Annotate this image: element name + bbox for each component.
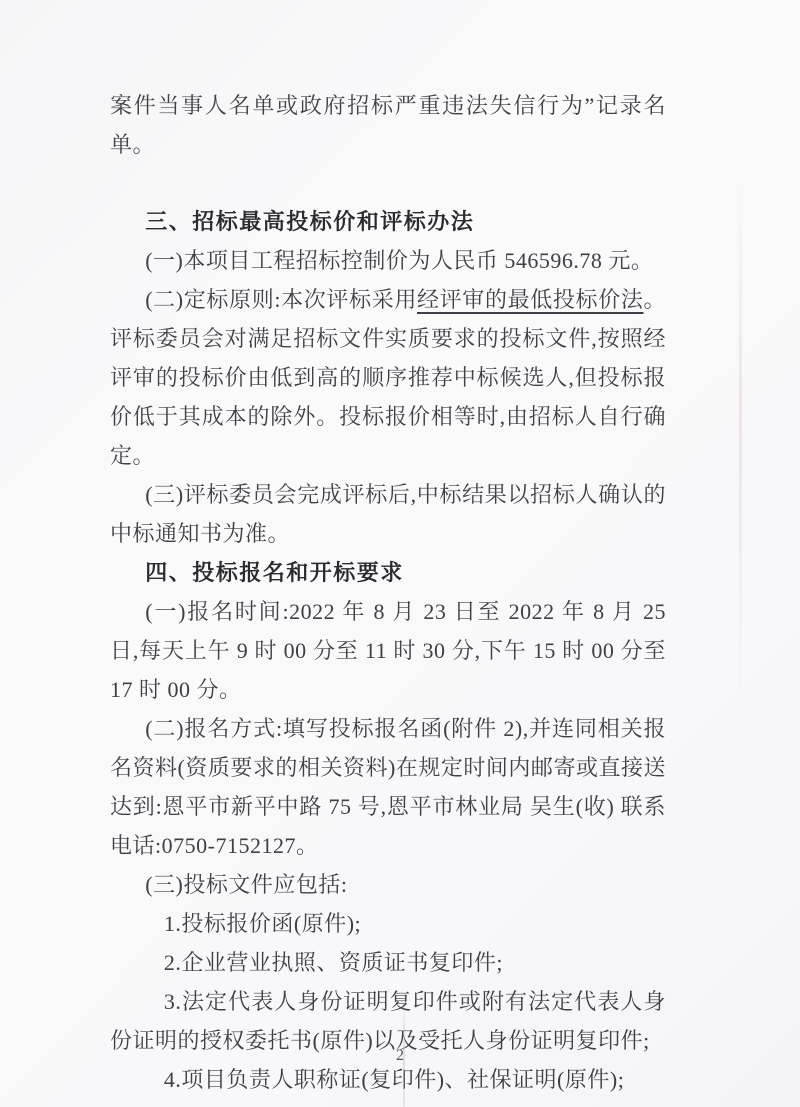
section-3-paragraph-2: (二)定标原则:本次评标采用经评审的最低投标价法。评标委员会对满足招标文件实质要… xyxy=(110,280,666,475)
section-4-paragraph-2: (二)报名方式:填写投标报名函(附件 2),并连同相关报名资料(资质要求的相关资… xyxy=(110,709,666,865)
section-4-paragraph-1: (一)报名时间:2022 年 8 月 23 日至 2022 年 8 月 25 日… xyxy=(110,592,666,709)
section-3-paragraph-1: (一)本项目工程招标控制价为人民币 546596.78 元。 xyxy=(110,241,666,280)
page-number: 2 xyxy=(0,1047,800,1065)
bid-document-item-4: 4.项目负责人职称证(复印件)、社保证明(原件); xyxy=(110,1060,666,1099)
bid-document-item-2: 2.企业营业执照、资质证书复印件; xyxy=(110,943,666,982)
section-4-heading: 四、投标报名和开标要求 xyxy=(110,553,666,592)
evaluation-method-underlined-text: 经评审的最低投标价法 xyxy=(417,287,643,312)
evaluation-principle-suffix: 。评标委员会对满足招标文件实质要求的投标文件,按照经评审的投标价由低到高的顺序推… xyxy=(110,287,666,468)
section-3-paragraph-3: (三)评标委员会完成评标后,中标结果以招标人确认的中标通知书为准。 xyxy=(110,475,666,553)
page-content: 案件当事人名单或政府招标严重违法失信行为”记录名单。 三、招标最高投标价和评标办… xyxy=(110,86,666,1099)
evaluation-principle-prefix: (二)定标原则:本次评标采用 xyxy=(145,287,417,312)
scanned-document-page: 案件当事人名单或政府招标严重违法失信行为”记录名单。 三、招标最高投标价和评标办… xyxy=(0,0,800,1107)
carryover-paragraph: 案件当事人名单或政府招标严重违法失信行为”记录名单。 xyxy=(110,86,666,164)
section-4-paragraph-3: (三)投标文件应包括: xyxy=(110,865,666,904)
bid-document-item-1: 1.投标报价函(原件); xyxy=(110,904,666,943)
section-3-heading: 三、招标最高投标价和评标办法 xyxy=(110,202,666,241)
scan-crease-right xyxy=(739,170,742,710)
